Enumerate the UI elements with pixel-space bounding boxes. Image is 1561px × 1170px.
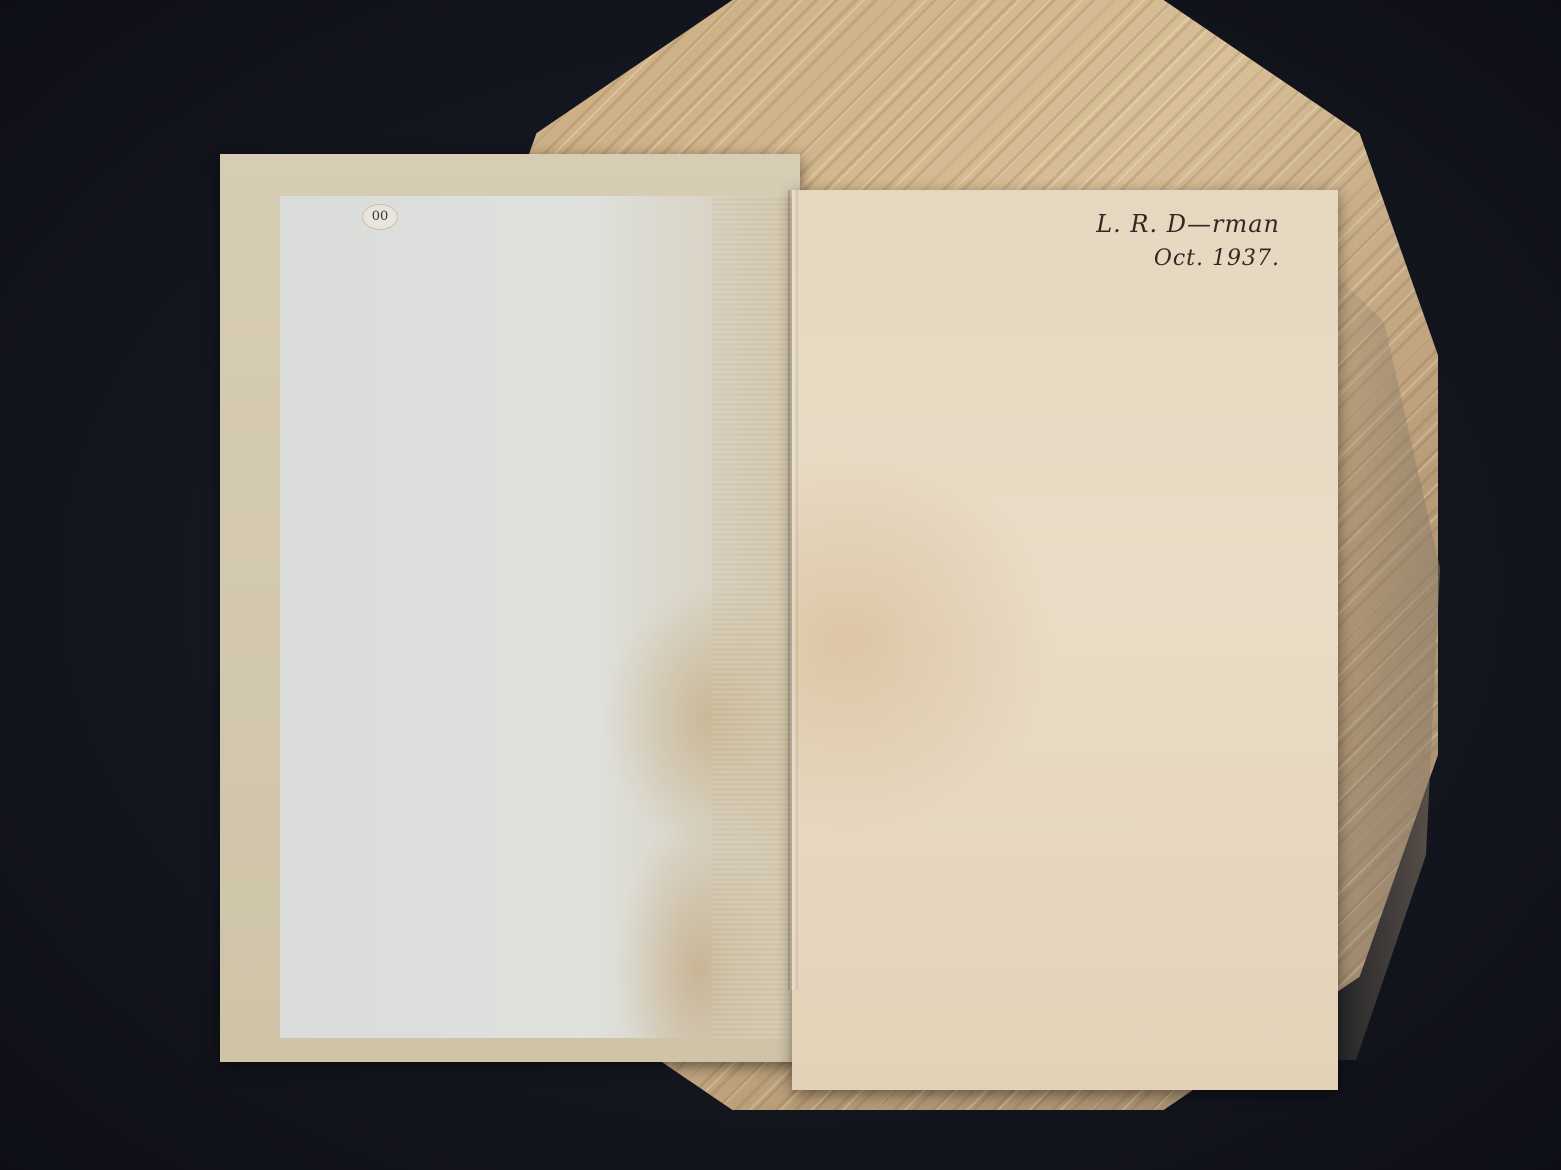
cloth-hinge [712,196,794,1038]
book-gutter [788,190,798,990]
owner-name: L. R. D—rman [1060,210,1280,238]
inscription-date: Oct. 1937. [1060,246,1280,271]
handwritten-inscription: L. R. D—rman Oct. 1937. [1060,210,1280,271]
flyleaf-page [792,190,1338,1090]
price-sticker: 00 [362,204,398,230]
